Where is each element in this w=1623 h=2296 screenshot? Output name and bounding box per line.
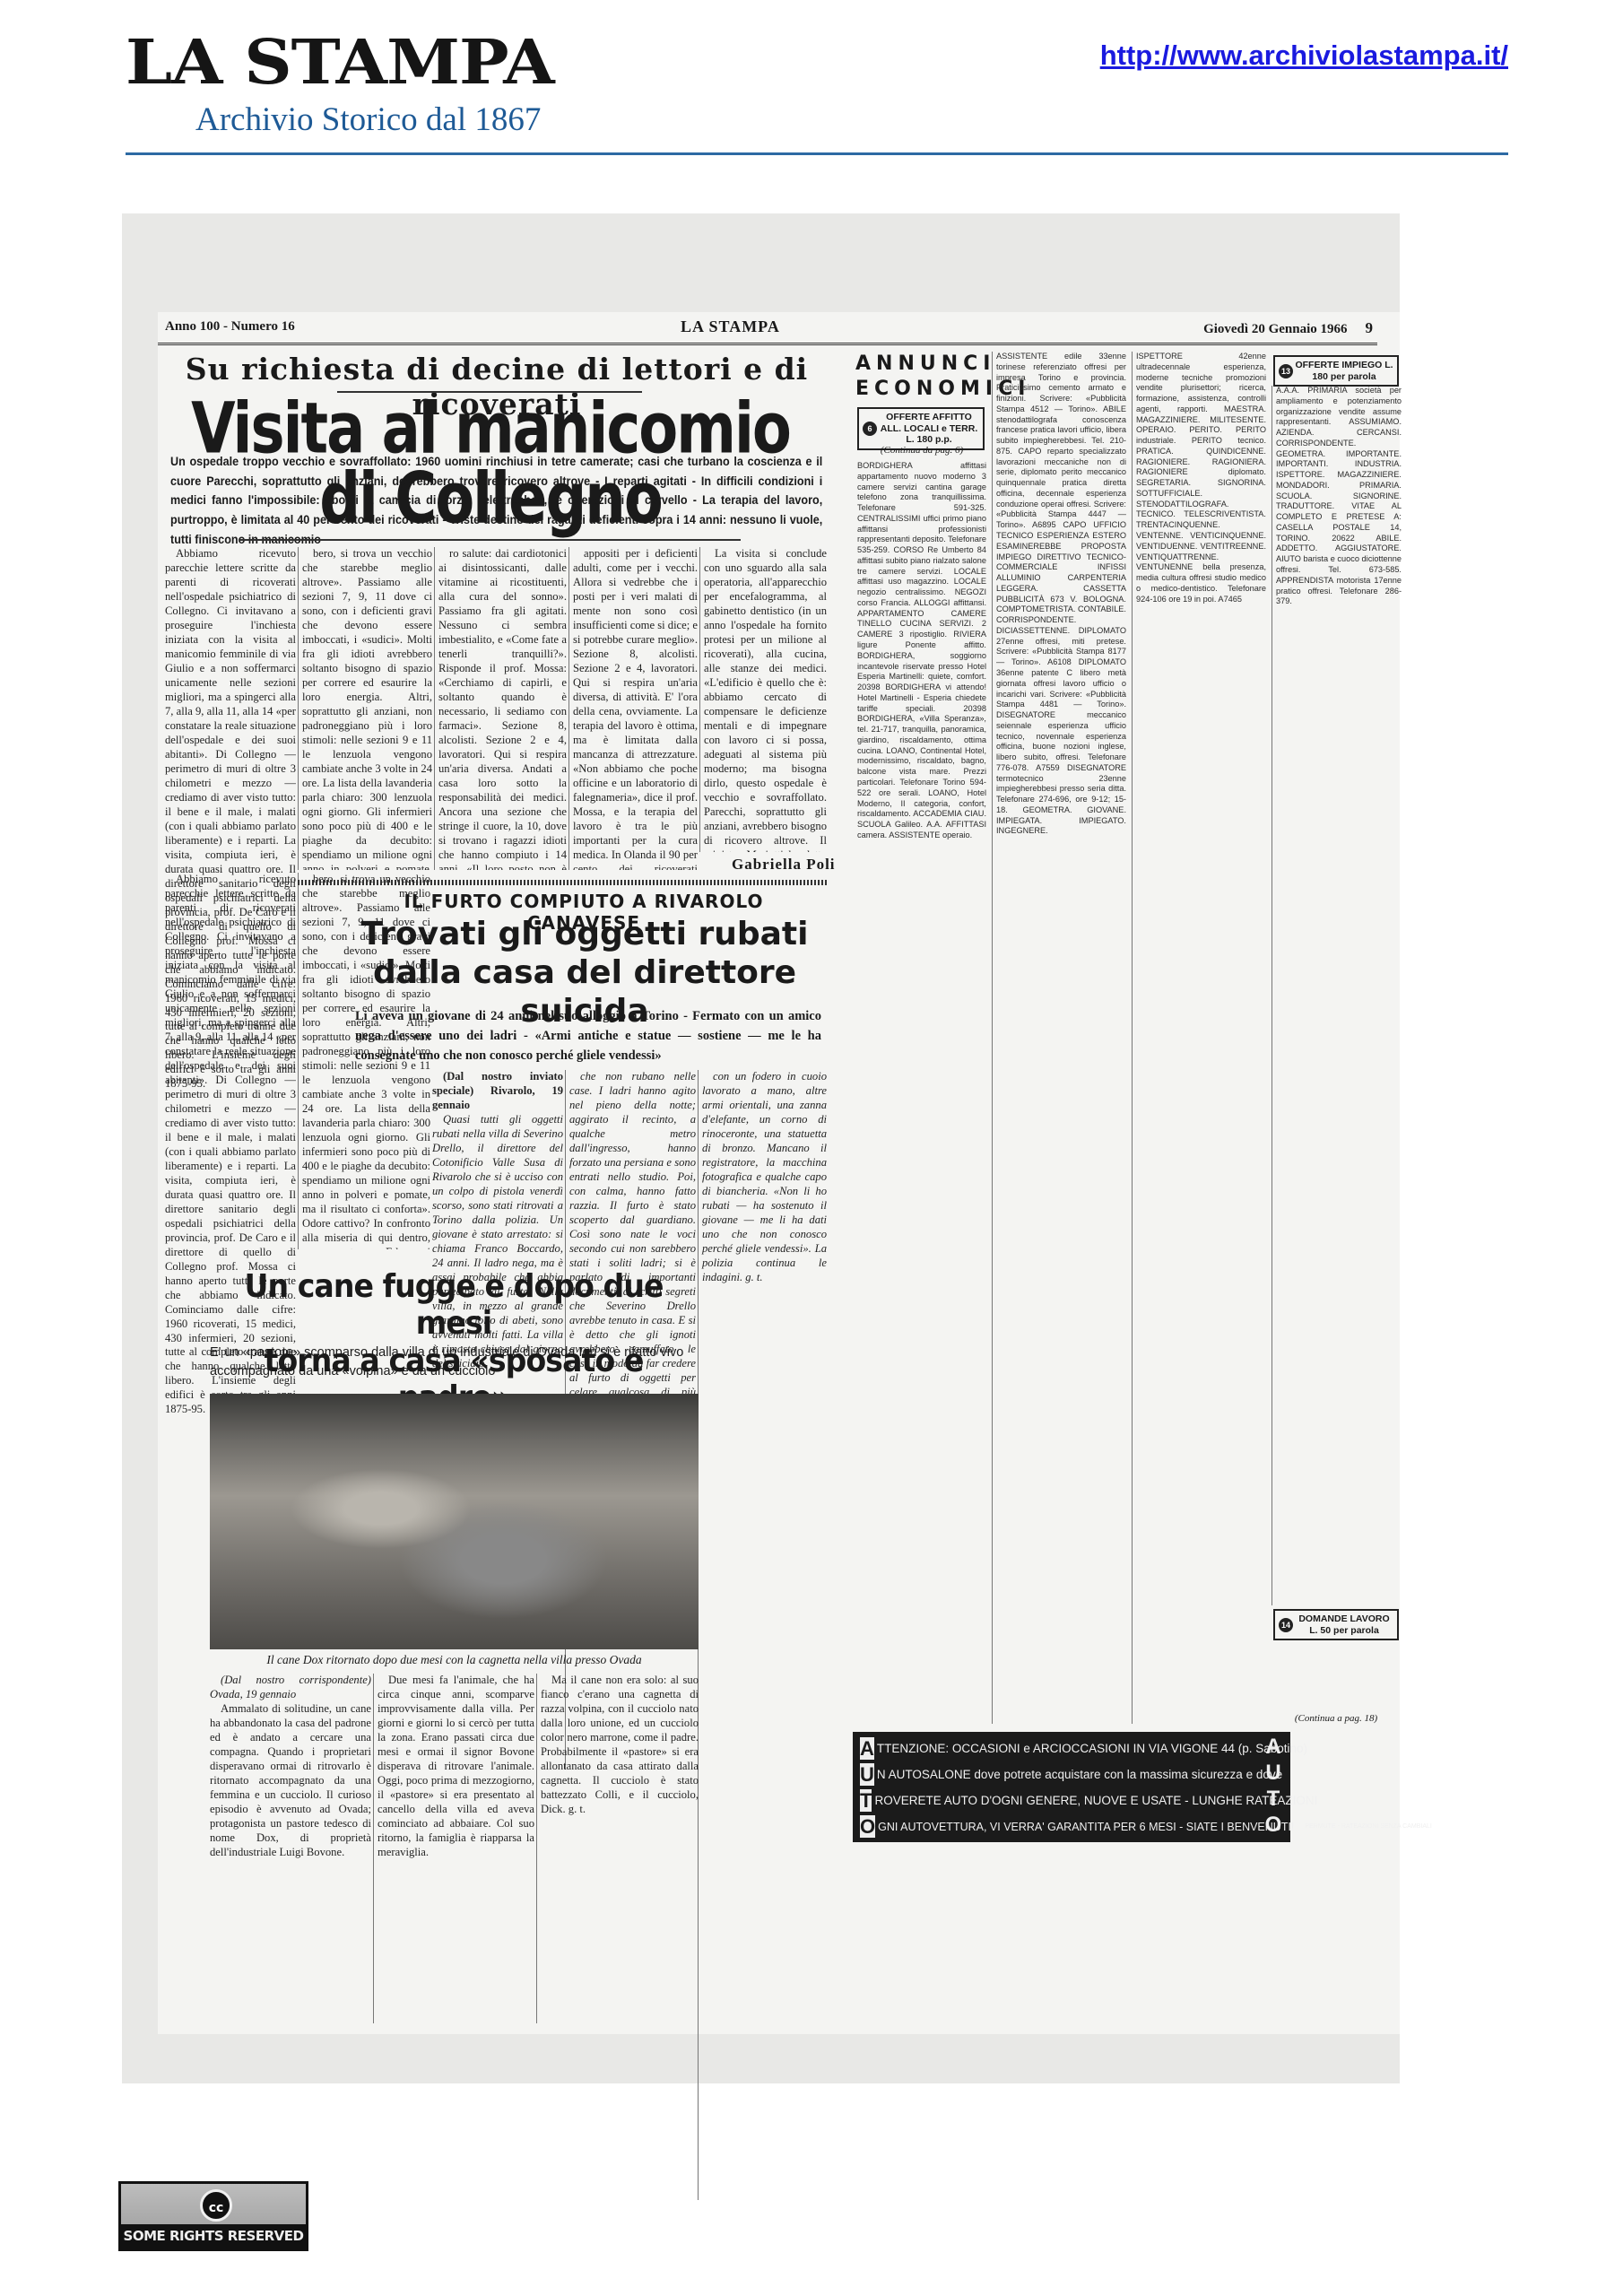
classifieds-column-2: ASSISTENTE edile 33enne torinese referen… xyxy=(992,352,1126,1724)
category-box-offerte-impiego: 13 OFFERTE IMPIEGO L. 180 per parola xyxy=(1273,355,1399,387)
ad-side-letter: T xyxy=(1262,1786,1285,1813)
continued-to: (Continua a pag. 18) xyxy=(1273,1713,1399,1724)
article1-column: bero, si trova un vecchio che starebbe m… xyxy=(298,547,432,870)
archive-logo: LA STAMPA Archivio Storico dal 1867 xyxy=(126,32,554,139)
issue-date: Giovedì 20 Gennaio 1966 xyxy=(1203,322,1347,336)
creative-commons-badge[interactable]: cc SOME RIGHTS RESERVED xyxy=(118,2181,308,2251)
category-number: 13 xyxy=(1279,364,1293,378)
category-number: 14 xyxy=(1279,1618,1293,1632)
article3-body: (Dal nostro corrispondente) Ovada, 19 ge… xyxy=(210,1674,699,2023)
article1-summary: Un ospedale troppo vecchio e sovraffolla… xyxy=(170,452,822,549)
masthead: LA STAMPA xyxy=(681,317,780,336)
ad-line: TROVERETE AUTO D'OGNI GENERE, NUOVE E US… xyxy=(860,1789,1251,1812)
license-text: SOME RIGHTS RESERVED xyxy=(121,2224,306,2248)
photo-caption: Il cane Dox ritornato dopo due mesi con … xyxy=(210,1653,699,1667)
archive-url-link[interactable]: http://www.archiviolastampa.it/ xyxy=(1100,39,1508,72)
section-divider xyxy=(298,880,827,885)
ad-line: OGNI AUTOVETTURA, VI VERRA' GARANTITA PE… xyxy=(860,1815,1251,1838)
category-number: 6 xyxy=(863,422,877,436)
article2-body: (Dal nostro inviato speciale) Rivarolo, … xyxy=(432,1070,827,1249)
header-divider xyxy=(126,152,1508,155)
ad-side-letter: U xyxy=(1262,1760,1285,1787)
article2-summary: Li aveva un giovane di 24 anni nel suo a… xyxy=(355,1007,821,1065)
issue-date-page: Giovedì 20 Gennaio 19669 xyxy=(1203,319,1373,337)
classifieds-column-1: BORDIGHERA affittasi appartamento nuovo … xyxy=(857,461,986,1726)
article1-column: appositi per i deficienti adulti, come p… xyxy=(568,547,698,870)
auto-dealer-ad: ATTENZIONE: OCCASIONI e ARCIOCCASIONI IN… xyxy=(853,1732,1290,1842)
ad-side-letter: A xyxy=(1262,1734,1285,1761)
article1-byline: Gabriella Poli xyxy=(732,856,836,874)
article3-dateline: (Dal nostro corrispondente) Ovada, 19 ge… xyxy=(210,1674,371,1702)
article1-column: ro salute: dai cardiotonici ai disintoss… xyxy=(434,547,567,870)
category-box-domande-lavoro: 14 DOMANDE LAVORO L. 50 per parola xyxy=(1273,1609,1399,1640)
edition-number: Anno 100 - Numero 16 xyxy=(165,319,295,335)
article3-column: Ma il cane non era solo: al suo fianco c… xyxy=(536,1674,699,2023)
page-number: 9 xyxy=(1366,319,1374,336)
article2-column: con un fodero in cuoio lavorato a mano, … xyxy=(698,1070,827,2200)
ad-small-print: PERMUTE - RATEAZIONI SENZA CAMBIALI xyxy=(1305,1823,1431,1831)
archive-brand: LA STAMPA xyxy=(126,32,554,93)
classifieds-column-4: A.A.A. PRIMARIA società per ampliamento … xyxy=(1271,386,1402,1605)
article3-summary: E' un «pastore» scomparso dalla villa di… xyxy=(210,1344,699,1381)
divider xyxy=(239,539,741,541)
ad-line: ATTENZIONE: OCCASIONI e ARCIOCCASIONI IN… xyxy=(860,1737,1251,1760)
cc-icon: cc xyxy=(200,2189,232,2222)
article1-column: La visita si conclude con uno sguardo al… xyxy=(699,547,827,852)
classifieds-column-3: ISPETTORE 42enne ultradecennale esperien… xyxy=(1132,352,1266,1724)
folio-divider xyxy=(158,343,1377,347)
article3-column: (Dal nostro corrispondente) Ovada, 19 ge… xyxy=(210,1674,371,2023)
article2-dateline: (Dal nostro inviato speciale) Rivarolo, … xyxy=(432,1070,563,1113)
dog-photo xyxy=(210,1394,699,1649)
page-folio: Anno 100 - Numero 16 LA STAMPA Giovedì 2… xyxy=(165,319,1373,339)
ad-line: UN AUTOSALONE dove potrete acquistare co… xyxy=(860,1763,1251,1786)
category-box-offerte-affitto: 6 OFFERTE AFFITTO ALL. LOCALI e TERR. L.… xyxy=(857,407,985,450)
article1-body: Abbiamo ricevuto parecchie lettere scrit… xyxy=(165,547,827,870)
newspaper-sheet: Anno 100 - Numero 16 LA STAMPA Giovedì 2… xyxy=(158,312,1400,2034)
archive-subtitle: Archivio Storico dal 1867 xyxy=(195,100,554,139)
classifieds-title: ANNUNCI ECONOMICI xyxy=(855,352,986,401)
article3-column: Due mesi fa l'animale, che ha circa cinq… xyxy=(373,1674,534,2023)
scanned-page: Anno 100 - Numero 16 LA STAMPA Giovedì 2… xyxy=(122,213,1400,2083)
continued-from: (Continua da pag. 6) xyxy=(857,445,986,456)
ad-side-letter: O xyxy=(1262,1812,1285,1839)
